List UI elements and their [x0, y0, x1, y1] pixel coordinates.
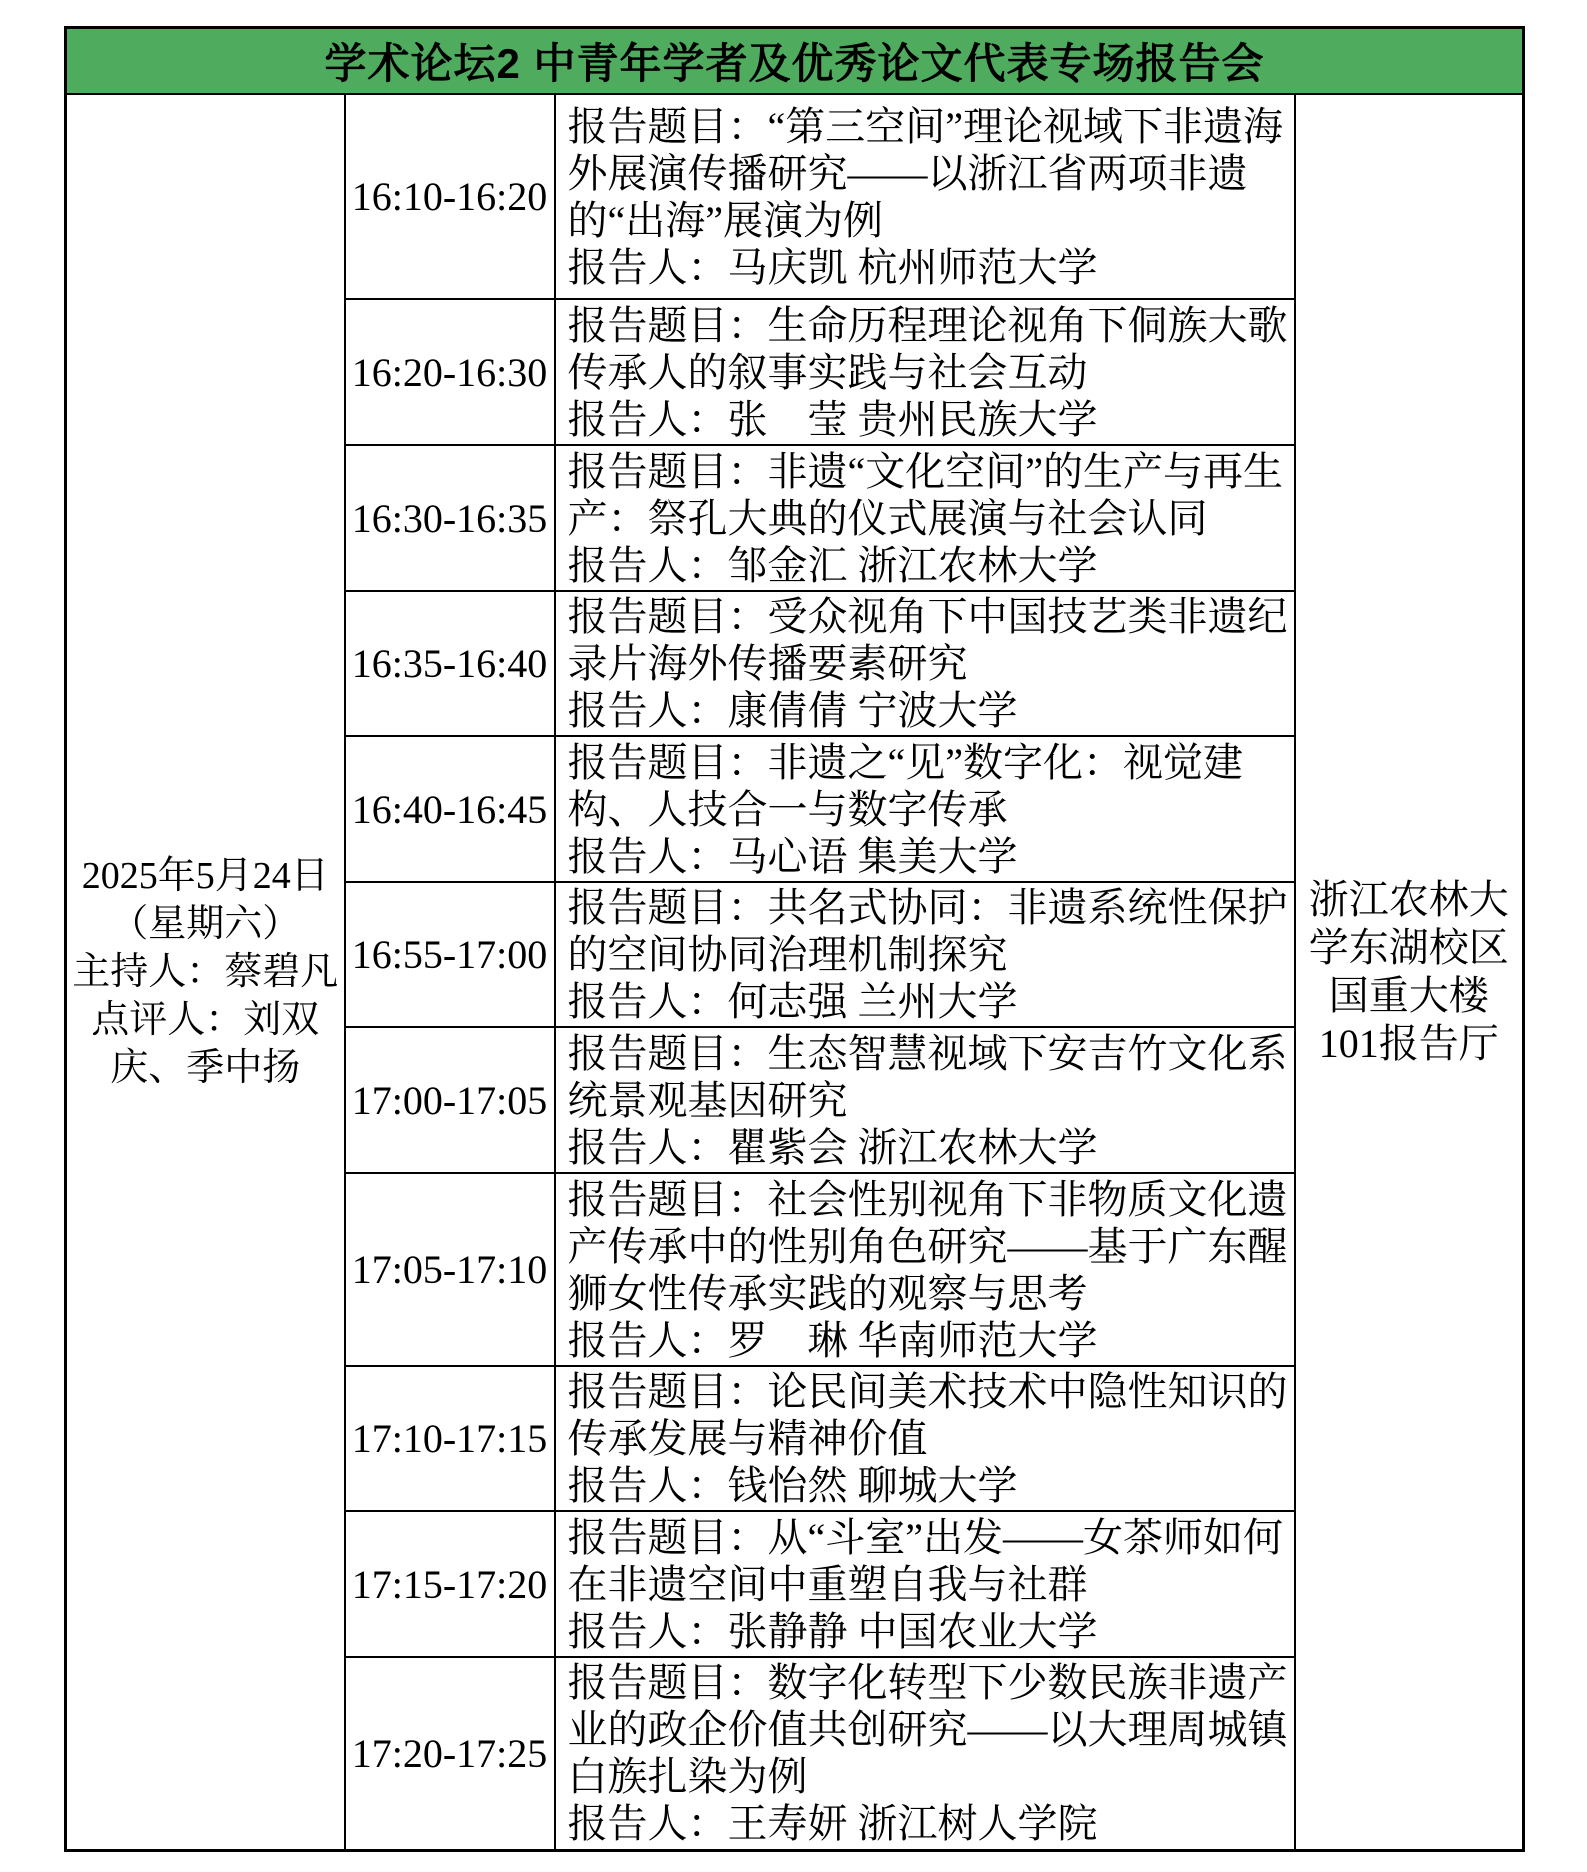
- time-slot: 16:40-16:45: [345, 736, 555, 882]
- talk-cell: 报告题目：数字化转型下少数民族非遗产业的政企价值共创研究——以大理周城镇白族扎染…: [555, 1657, 1295, 1850]
- talk-cell: 报告题目：论民间美术技术中隐性知识的传承发展与精神价值 报告人：钱怡然 聊城大学: [555, 1366, 1295, 1511]
- session-row: 2025年5月24日 （星期六） 主持人：蔡碧凡 点评人：刘双庆、季中扬 16:…: [66, 94, 1524, 299]
- header-row: 学术论坛2 中青年学者及优秀论文代表专场报告会: [66, 28, 1524, 95]
- talk-presenter: 报告人：马庆凯 杭州师范大学: [568, 244, 1288, 291]
- schedule-page: 学术论坛2 中青年学者及优秀论文代表专场报告会 2025年5月24日 （星期六）…: [0, 0, 1587, 1872]
- talk-presenter: 报告人：康倩倩 宁波大学: [568, 687, 1288, 734]
- venue-cell: 浙江农林大学东湖校区国重大楼101报告厅: [1295, 94, 1524, 1850]
- forum-schedule-table: 学术论坛2 中青年学者及优秀论文代表专场报告会 2025年5月24日 （星期六）…: [64, 26, 1525, 1852]
- session-date: 2025年5月24日: [69, 852, 342, 900]
- talk-title: 报告题目：共名式协同：非遗系统性保护的空间协同治理机制探究: [568, 884, 1288, 978]
- forum-title: 学术论坛2 中青年学者及优秀论文代表专场报告会: [66, 28, 1524, 95]
- talk-title: 报告题目：非遗之“见”数字化：视觉建构、人技合一与数字传承: [568, 739, 1288, 833]
- session-weekday: （星期六）: [69, 900, 342, 948]
- time-slot: 16:10-16:20: [345, 94, 555, 299]
- talk-title: 报告题目：从“斗室”出发——女茶师如何在非遗空间中重塑自我与社群: [568, 1514, 1288, 1608]
- talk-title: 报告题目：非遗“文化空间”的生产与再生产：祭孔大典的仪式展演与社会认同: [568, 448, 1288, 542]
- talk-presenter: 报告人：钱怡然 聊城大学: [568, 1462, 1288, 1509]
- time-slot: 17:15-17:20: [345, 1511, 555, 1657]
- talk-cell: 报告题目：生命历程理论视角下侗族大歌传承人的叙事实践与社会互动 报告人：张 莹 …: [555, 299, 1295, 445]
- session-host: 主持人：蔡碧凡: [69, 948, 342, 996]
- talk-presenter: 报告人：罗 琳 华南师范大学: [568, 1317, 1288, 1364]
- talk-presenter: 报告人：张静静 中国农业大学: [568, 1608, 1288, 1655]
- talk-title: 报告题目：“第三空间”理论视域下非遗海外展演传播研究——以浙江省两项非遗的“出海…: [568, 103, 1288, 244]
- talk-presenter: 报告人：马心语 集美大学: [568, 833, 1288, 880]
- talk-presenter: 报告人：邹金汇 浙江农林大学: [568, 542, 1288, 589]
- time-slot: 17:10-17:15: [345, 1366, 555, 1511]
- talk-cell: 报告题目：生态智慧视域下安吉竹文化系统景观基因研究 报告人：瞿紫会 浙江农林大学: [555, 1027, 1295, 1173]
- talk-title: 报告题目：数字化转型下少数民族非遗产业的政企价值共创研究——以大理周城镇白族扎染…: [568, 1659, 1288, 1800]
- talk-cell: 报告题目：社会性别视角下非物质文化遗产传承中的性别角色研究——基于广东醒狮女性传…: [555, 1173, 1295, 1366]
- talk-title: 报告题目：受众视角下中国技艺类非遗纪录片海外传播要素研究: [568, 593, 1288, 687]
- session-info-cell: 2025年5月24日 （星期六） 主持人：蔡碧凡 点评人：刘双庆、季中扬: [66, 94, 345, 1850]
- time-slot: 16:55-17:00: [345, 882, 555, 1027]
- talk-cell: 报告题目：共名式协同：非遗系统性保护的空间协同治理机制探究 报告人：何志强 兰州…: [555, 882, 1295, 1027]
- talk-presenter: 报告人：瞿紫会 浙江农林大学: [568, 1124, 1288, 1171]
- talk-presenter: 报告人：张 莹 贵州民族大学: [568, 396, 1288, 443]
- talk-cell: 报告题目：非遗之“见”数字化：视觉建构、人技合一与数字传承 报告人：马心语 集美…: [555, 736, 1295, 882]
- time-slot: 17:20-17:25: [345, 1657, 555, 1850]
- talk-cell: 报告题目：非遗“文化空间”的生产与再生产：祭孔大典的仪式展演与社会认同 报告人：…: [555, 445, 1295, 591]
- time-slot: 16:35-16:40: [345, 591, 555, 736]
- talk-cell: 报告题目：受众视角下中国技艺类非遗纪录片海外传播要素研究 报告人：康倩倩 宁波大…: [555, 591, 1295, 736]
- time-slot: 16:30-16:35: [345, 445, 555, 591]
- talk-title: 报告题目：社会性别视角下非物质文化遗产传承中的性别角色研究——基于广东醒狮女性传…: [568, 1176, 1288, 1317]
- talk-cell: 报告题目：“第三空间”理论视域下非遗海外展演传播研究——以浙江省两项非遗的“出海…: [555, 94, 1295, 299]
- session-commentators: 点评人：刘双庆、季中扬: [69, 996, 342, 1092]
- talk-presenter: 报告人：王寿妍 浙江树人学院: [568, 1800, 1288, 1847]
- talk-cell: 报告题目：从“斗室”出发——女茶师如何在非遗空间中重塑自我与社群 报告人：张静静…: [555, 1511, 1295, 1657]
- talk-title: 报告题目：生态智慧视域下安吉竹文化系统景观基因研究: [568, 1030, 1288, 1124]
- talk-title: 报告题目：生命历程理论视角下侗族大歌传承人的叙事实践与社会互动: [568, 302, 1288, 396]
- time-slot: 16:20-16:30: [345, 299, 555, 445]
- talk-presenter: 报告人：何志强 兰州大学: [568, 978, 1288, 1025]
- time-slot: 17:00-17:05: [345, 1027, 555, 1173]
- talk-title: 报告题目：论民间美术技术中隐性知识的传承发展与精神价值: [568, 1368, 1288, 1462]
- time-slot: 17:05-17:10: [345, 1173, 555, 1366]
